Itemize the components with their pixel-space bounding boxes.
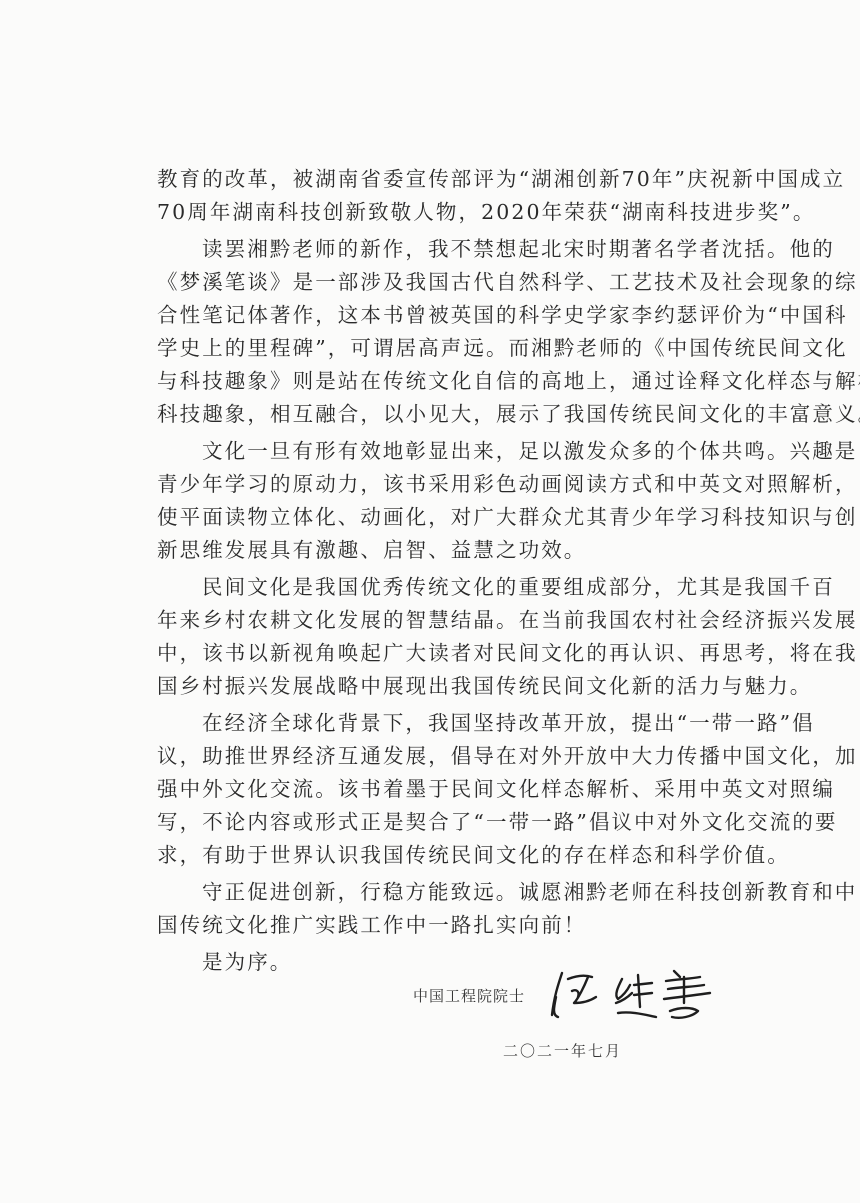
text-line: 年来乡村农耕文化发展的智慧结晶。在当前我国农村社会经济振兴发展 [157,604,702,637]
text-line: 70周年湖南科技创新致敬人物，2020年荣获“湖南科技进步奖”。 [157,196,702,229]
text-line: 读罢湘黔老师的新作，我不禁想起北宋时期著名学者沈括。他的 [157,233,702,266]
handwritten-signature-icon [548,967,713,1027]
text-line: 合性笔记体著作，这本书曾被英国的科学史学家李约瑟评价为“中国科 [157,299,702,332]
text-line: 文化一旦有形有效地彰显出来，足以激发众多的个体共鸣。兴趣是 [157,435,702,468]
text-line: 青少年学习的原动力，该书采用彩色动画阅读方式和中英文对照解析， [157,468,702,501]
text-line: 《梦溪笔谈》是一部涉及我国古代自然科学、工艺技术及社会现象的综 [157,266,702,299]
paragraph: 民间文化是我国优秀传统文化的重要组成部分，尤其是我国千百年来乡村农耕文化发展的智… [157,571,702,703]
preface-body: 教育的改革，被湖南省委宣传部评为“湖湘创新70年”庆祝新中国成立70周年湖南科技… [157,163,702,979]
text-line: 议，助推世界经济互通发展，倡导在对外开放中大力传播中国文化，加 [157,740,702,773]
text-line: 中，该书以新视角唤起广大读者对民间文化的再认识、再思考，将在我 [157,637,702,670]
signature-block: 中国工程院院士 [413,975,713,1025]
text-line: 写，不论内容或形式正是契合了“一带一路”倡议中对外文化交流的要 [157,806,702,839]
text-line: 民间文化是我国优秀传统文化的重要组成部分，尤其是我国千百 [157,571,702,604]
paragraph: 文化一旦有形有效地彰显出来，足以激发众多的个体共鸣。兴趣是青少年学习的原动力，该… [157,435,702,567]
text-line: 科技趣象，相互融合，以小见大，展示了我国传统民间文化的丰富意义。 [157,398,702,431]
text-line: 学史上的里程碑”，可谓居高声远。而湘黔老师的《中国传统民间文化 [157,332,702,365]
text-line: 与科技趣象》则是站在传统文化自信的高地上，通过诠释文化样态与解析 [157,365,702,398]
paragraph: 读罢湘黔老师的新作，我不禁想起北宋时期著名学者沈括。他的《梦溪笔谈》是一部涉及我… [157,233,702,431]
text-line: 强中外文化交流。该书着墨于民间文化样态解析、采用中英文对照编 [157,773,702,806]
paragraph: 在经济全球化背景下，我国坚持改革开放，提出“一带一路”倡议，助推世界经济互通发展… [157,707,702,872]
text-line: 国传统文化推广实践工作中一路扎实向前！ [157,909,702,942]
signature-date: 二〇二一年七月 [503,1040,622,1061]
text-line: 求，有助于世界认识我国传统民间文化的存在样态和科学价值。 [157,839,702,872]
signer-title: 中国工程院院士 [413,985,525,1006]
text-line: 新思维发展具有激趣、启智、益慧之功效。 [157,534,702,567]
paragraph: 守正促进创新，行稳方能致远。诚愿湘黔老师在科技创新教育和中国传统文化推广实践工作… [157,876,702,942]
text-line: 在经济全球化背景下，我国坚持改革开放，提出“一带一路”倡 [157,707,702,740]
text-line: 守正促进创新，行稳方能致远。诚愿湘黔老师在科技创新教育和中 [157,876,702,909]
text-line: 教育的改革，被湖南省委宣传部评为“湖湘创新70年”庆祝新中国成立 [157,163,702,196]
text-line: 使平面读物立体化、动画化，对广大群众尤其青少年学习科技知识与创 [157,501,702,534]
paragraph: 教育的改革，被湖南省委宣传部评为“湖湘创新70年”庆祝新中国成立70周年湖南科技… [157,163,702,229]
text-line: 国乡村振兴发展战略中展现出我国传统民间文化新的活力与魅力。 [157,670,702,703]
